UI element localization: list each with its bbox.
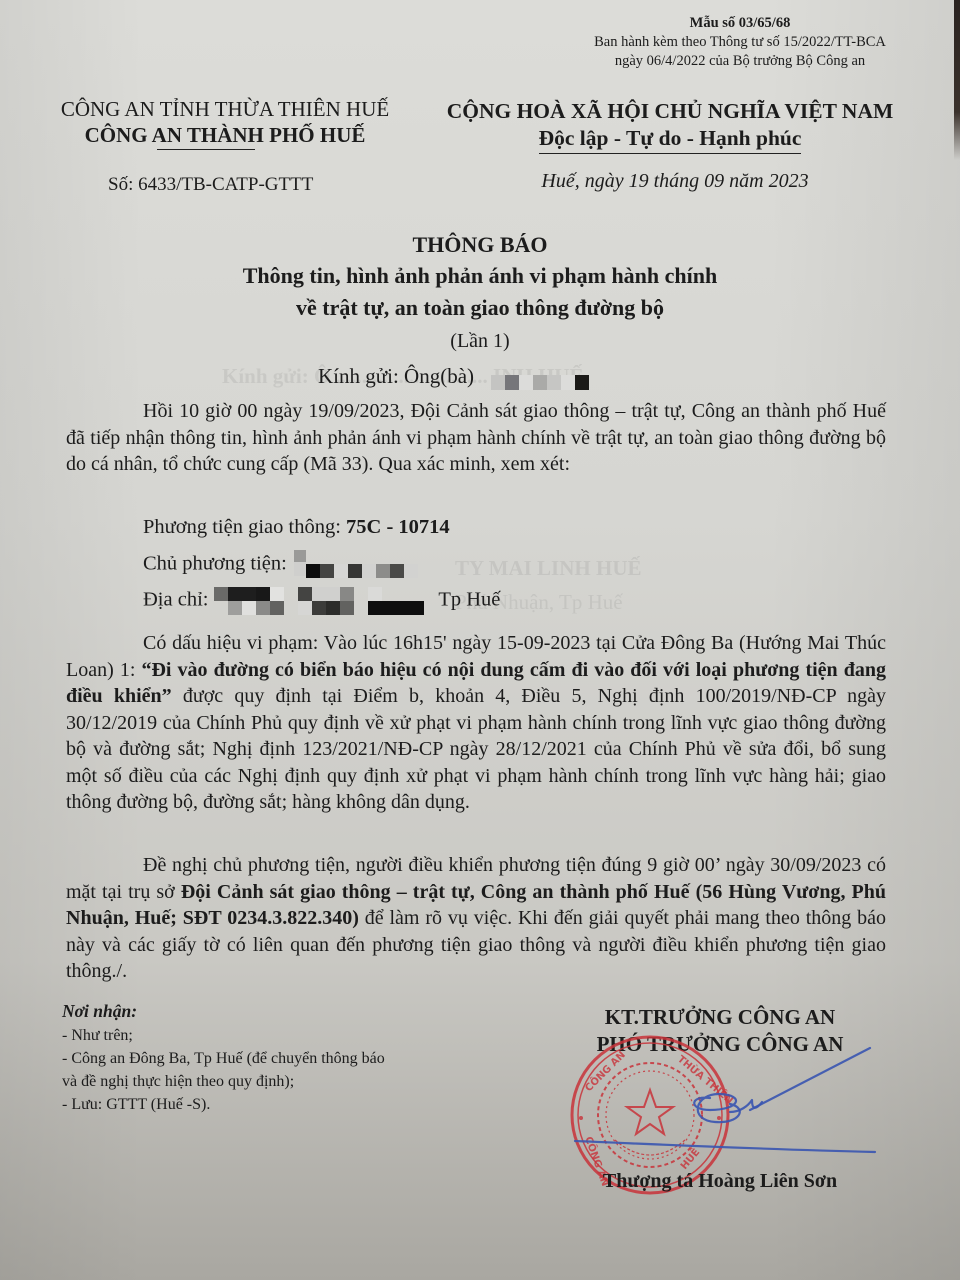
form-issued-date: ngày 06/4/2022 của Bộ trưởng Bộ Công an (555, 52, 925, 71)
title-main: THÔNG BÁO (160, 230, 800, 260)
form-number: Mẫu số 03/65/68 (555, 14, 925, 33)
recipient-item: và đề nghị thực hiện theo quy định); (62, 1070, 522, 1093)
page-edge-shadow (954, 0, 960, 160)
redacted-name (491, 371, 589, 386)
owner-label: Chủ phương tiện: (143, 553, 287, 575)
vehicle-label: Phương tiện giao thông: (143, 516, 341, 538)
bleed-through-text-2: TY MAI LINH HUẾ (455, 556, 642, 581)
document-number: Số: 6433/TB-CATP-GTTT (108, 174, 313, 196)
recipients-list: Nơi nhận: - Như trên; - Công an Đông Ba,… (62, 1000, 522, 1116)
violation-paragraph: Có dấu hiệu vi phạm: Vào lúc 16h15' ngày… (66, 630, 886, 816)
vehicle-field: Phương tiện giao thông: 75C - 10714 (143, 516, 450, 539)
nation-name: CỘNG HOÀ XÃ HỘI CHỦ NGHĨA VIỆT NAM (440, 98, 900, 124)
signatory-title-1: KT.TRƯỞNG CÔNG AN (560, 1004, 880, 1031)
address-label: Địa chỉ: (143, 589, 208, 611)
addressee: Kính gửi: Ông(bà) (318, 364, 589, 389)
redaction-pixels (214, 585, 434, 617)
place-and-date: Huế, ngày 19 tháng 09 năm 2023 (440, 170, 910, 193)
handwritten-signature (570, 1040, 890, 1160)
summons-paragraph: Đề nghị chủ phương tiện, người điều khiể… (66, 852, 886, 985)
intro-text: Hồi 10 giờ 00 ngày 19/09/2023, Đội Cảnh … (66, 400, 886, 475)
title-attempt: (Lần 1) (160, 324, 800, 358)
violation-legal-basis: được quy định tại Điểm b, khoản 4, Điều … (66, 685, 886, 813)
address-field: Địa chỉ: Tp Huế (143, 585, 500, 617)
parent-organization: CÔNG AN TỈNH THỪA THIÊN HUẾ (40, 96, 410, 122)
signatory-name: Thượng tá Hoàng Liên Sơn (570, 1170, 870, 1193)
recipient-item: - Lưu: GTTT (Huế -S). (62, 1093, 522, 1116)
recipients-title: Nơi nhận: (62, 1000, 522, 1023)
form-reference: Mẫu số 03/65/68 Ban hành kèm theo Thông … (555, 14, 925, 71)
redacted-owner (292, 550, 427, 580)
redacted-address (214, 585, 434, 617)
national-header: CỘNG HOÀ XÃ HỘI CHỦ NGHĨA VIỆT NAM Độc l… (440, 98, 900, 154)
owner-field: Chủ phương tiện: (143, 550, 427, 580)
document-title: THÔNG BÁO Thông tin, hình ảnh phản ánh v… (160, 230, 800, 358)
intro-paragraph: Hồi 10 giờ 00 ngày 19/09/2023, Đội Cảnh … (66, 398, 886, 478)
vehicle-plate: 75C - 10714 (346, 516, 450, 538)
recipient-item: - Công an Đông Ba, Tp Huế (để chuyển thô… (62, 1047, 522, 1070)
redaction-pixels (292, 550, 427, 580)
form-issued-with: Ban hành kèm theo Thông tư số 15/2022/TT… (555, 33, 925, 52)
issuing-authority: CÔNG AN TỈNH THỪA THIÊN HUẾ CÔNG AN THÀN… (40, 96, 410, 148)
national-motto: Độc lập - Tự do - Hạnh phúc (539, 124, 802, 154)
title-subtitle-1: Thông tin, hình ảnh phản ánh vi phạm hàn… (160, 260, 800, 292)
recipient-item: - Như trên; (62, 1024, 522, 1047)
title-subtitle-2: về trật tự, an toàn giao thông đường bộ (160, 292, 800, 324)
organization: CÔNG AN THÀNH PHỐ HUẾ (85, 122, 366, 148)
addressee-label: Kính gửi: Ông(bà) (318, 364, 474, 388)
address-city: Tp Huế (438, 589, 500, 611)
